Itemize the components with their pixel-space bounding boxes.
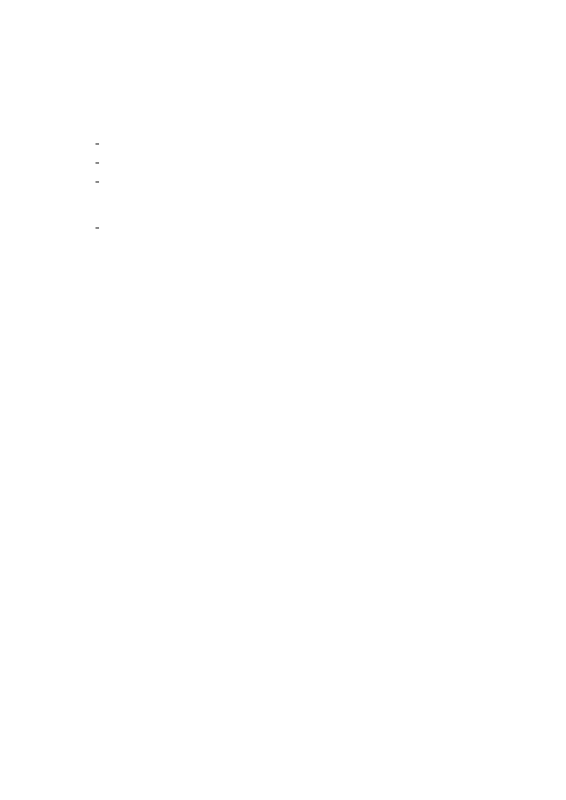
dash-marker: - [95, 154, 100, 170]
dash-marker: - [95, 173, 100, 189]
dash-marker: - [95, 219, 100, 235]
document-page: - - - - [0, 0, 566, 800]
dash-marker: - [95, 135, 100, 151]
